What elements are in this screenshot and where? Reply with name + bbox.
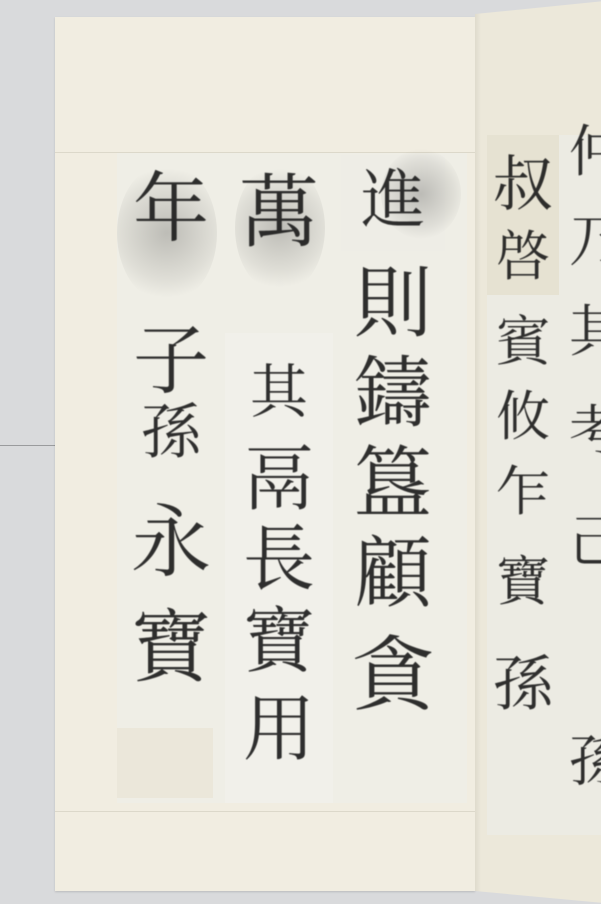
rubbing-cell: 進 (341, 155, 445, 251)
inscription-glyph: 寶 (487, 555, 559, 609)
inscription-glyph: 孫 (117, 403, 225, 463)
inscription-glyph: 簋 (333, 445, 453, 523)
inscription-glyph: 則 (333, 265, 453, 343)
inscription-glyph: 萬 (225, 173, 333, 253)
inscription-glyph: 貪 (333, 635, 453, 717)
rubbing-mount-panel: 進 則 鑄 簋 顧 貪 萬 其 鬲 長 寶 用 年 子 孫 永 寶 (117, 153, 467, 803)
inscription-glyph: 顧 (333, 535, 453, 613)
rubbing-column-right: 進 則 鑄 簋 顧 貪 (333, 153, 453, 803)
inscription-glyph: 鑄 (333, 355, 453, 433)
inscription-glyph: 叔 (487, 155, 559, 215)
inscription-glyph: 年 (117, 171, 225, 247)
inscription-glyph: 進 (341, 169, 445, 233)
inscription-glyph: 其 (567, 305, 601, 361)
inscription-glyph: 賓 (487, 315, 559, 369)
rubbing-column-middle: 萬 其 鬲 長 寶 用 (225, 153, 333, 803)
inscription-glyph: 攸 (487, 390, 559, 444)
inscription-glyph: 子 (117, 323, 225, 399)
album-right-page: 叔 啓 賓 攸 乍 寶 孫 仲 乃 其 考 己 孫 (475, 0, 601, 904)
rubbing-mount-panel: 叔 啓 賓 攸 乍 寶 孫 仲 乃 其 考 己 孫 (487, 135, 601, 835)
bottom-margin-crease (55, 811, 475, 812)
inscription-glyph: 仲 (567, 125, 601, 181)
inscription-glyph: 寶 (225, 605, 333, 677)
inscription-glyph: 啓 (487, 230, 559, 284)
inscription-glyph: 孫 (567, 735, 601, 791)
inscription-glyph: 其 (225, 363, 333, 421)
inscription-glyph: 乃 (567, 215, 601, 271)
inscription-glyph: 鬲 (225, 443, 333, 515)
rubbing-column-right-page-left: 叔 啓 賓 攸 乍 寶 孫 (487, 135, 559, 835)
inscription-glyph: 考 (567, 405, 601, 461)
album-left-page: 進 則 鑄 簋 顧 貪 萬 其 鬲 長 寶 用 年 子 孫 永 寶 (55, 17, 475, 891)
gutter-shadow (475, 0, 481, 904)
inscription-glyph: 己 (567, 515, 601, 571)
inscription-glyph: 乍 (487, 465, 559, 519)
inscription-glyph: 用 (225, 693, 333, 765)
rubbing-column-right-page-right: 仲 乃 其 考 己 孫 (567, 135, 601, 835)
backdrop-edge-line (0, 445, 58, 446)
rubbing-column-left: 年 子 孫 永 寶 (117, 153, 225, 803)
inscription-glyph: 孫 (487, 655, 559, 715)
inscription-glyph: 長 (225, 523, 333, 595)
inscription-glyph: 寶 (117, 608, 225, 688)
inscription-glyph: 永 (117, 503, 225, 583)
blank-mount-cell (117, 728, 213, 798)
